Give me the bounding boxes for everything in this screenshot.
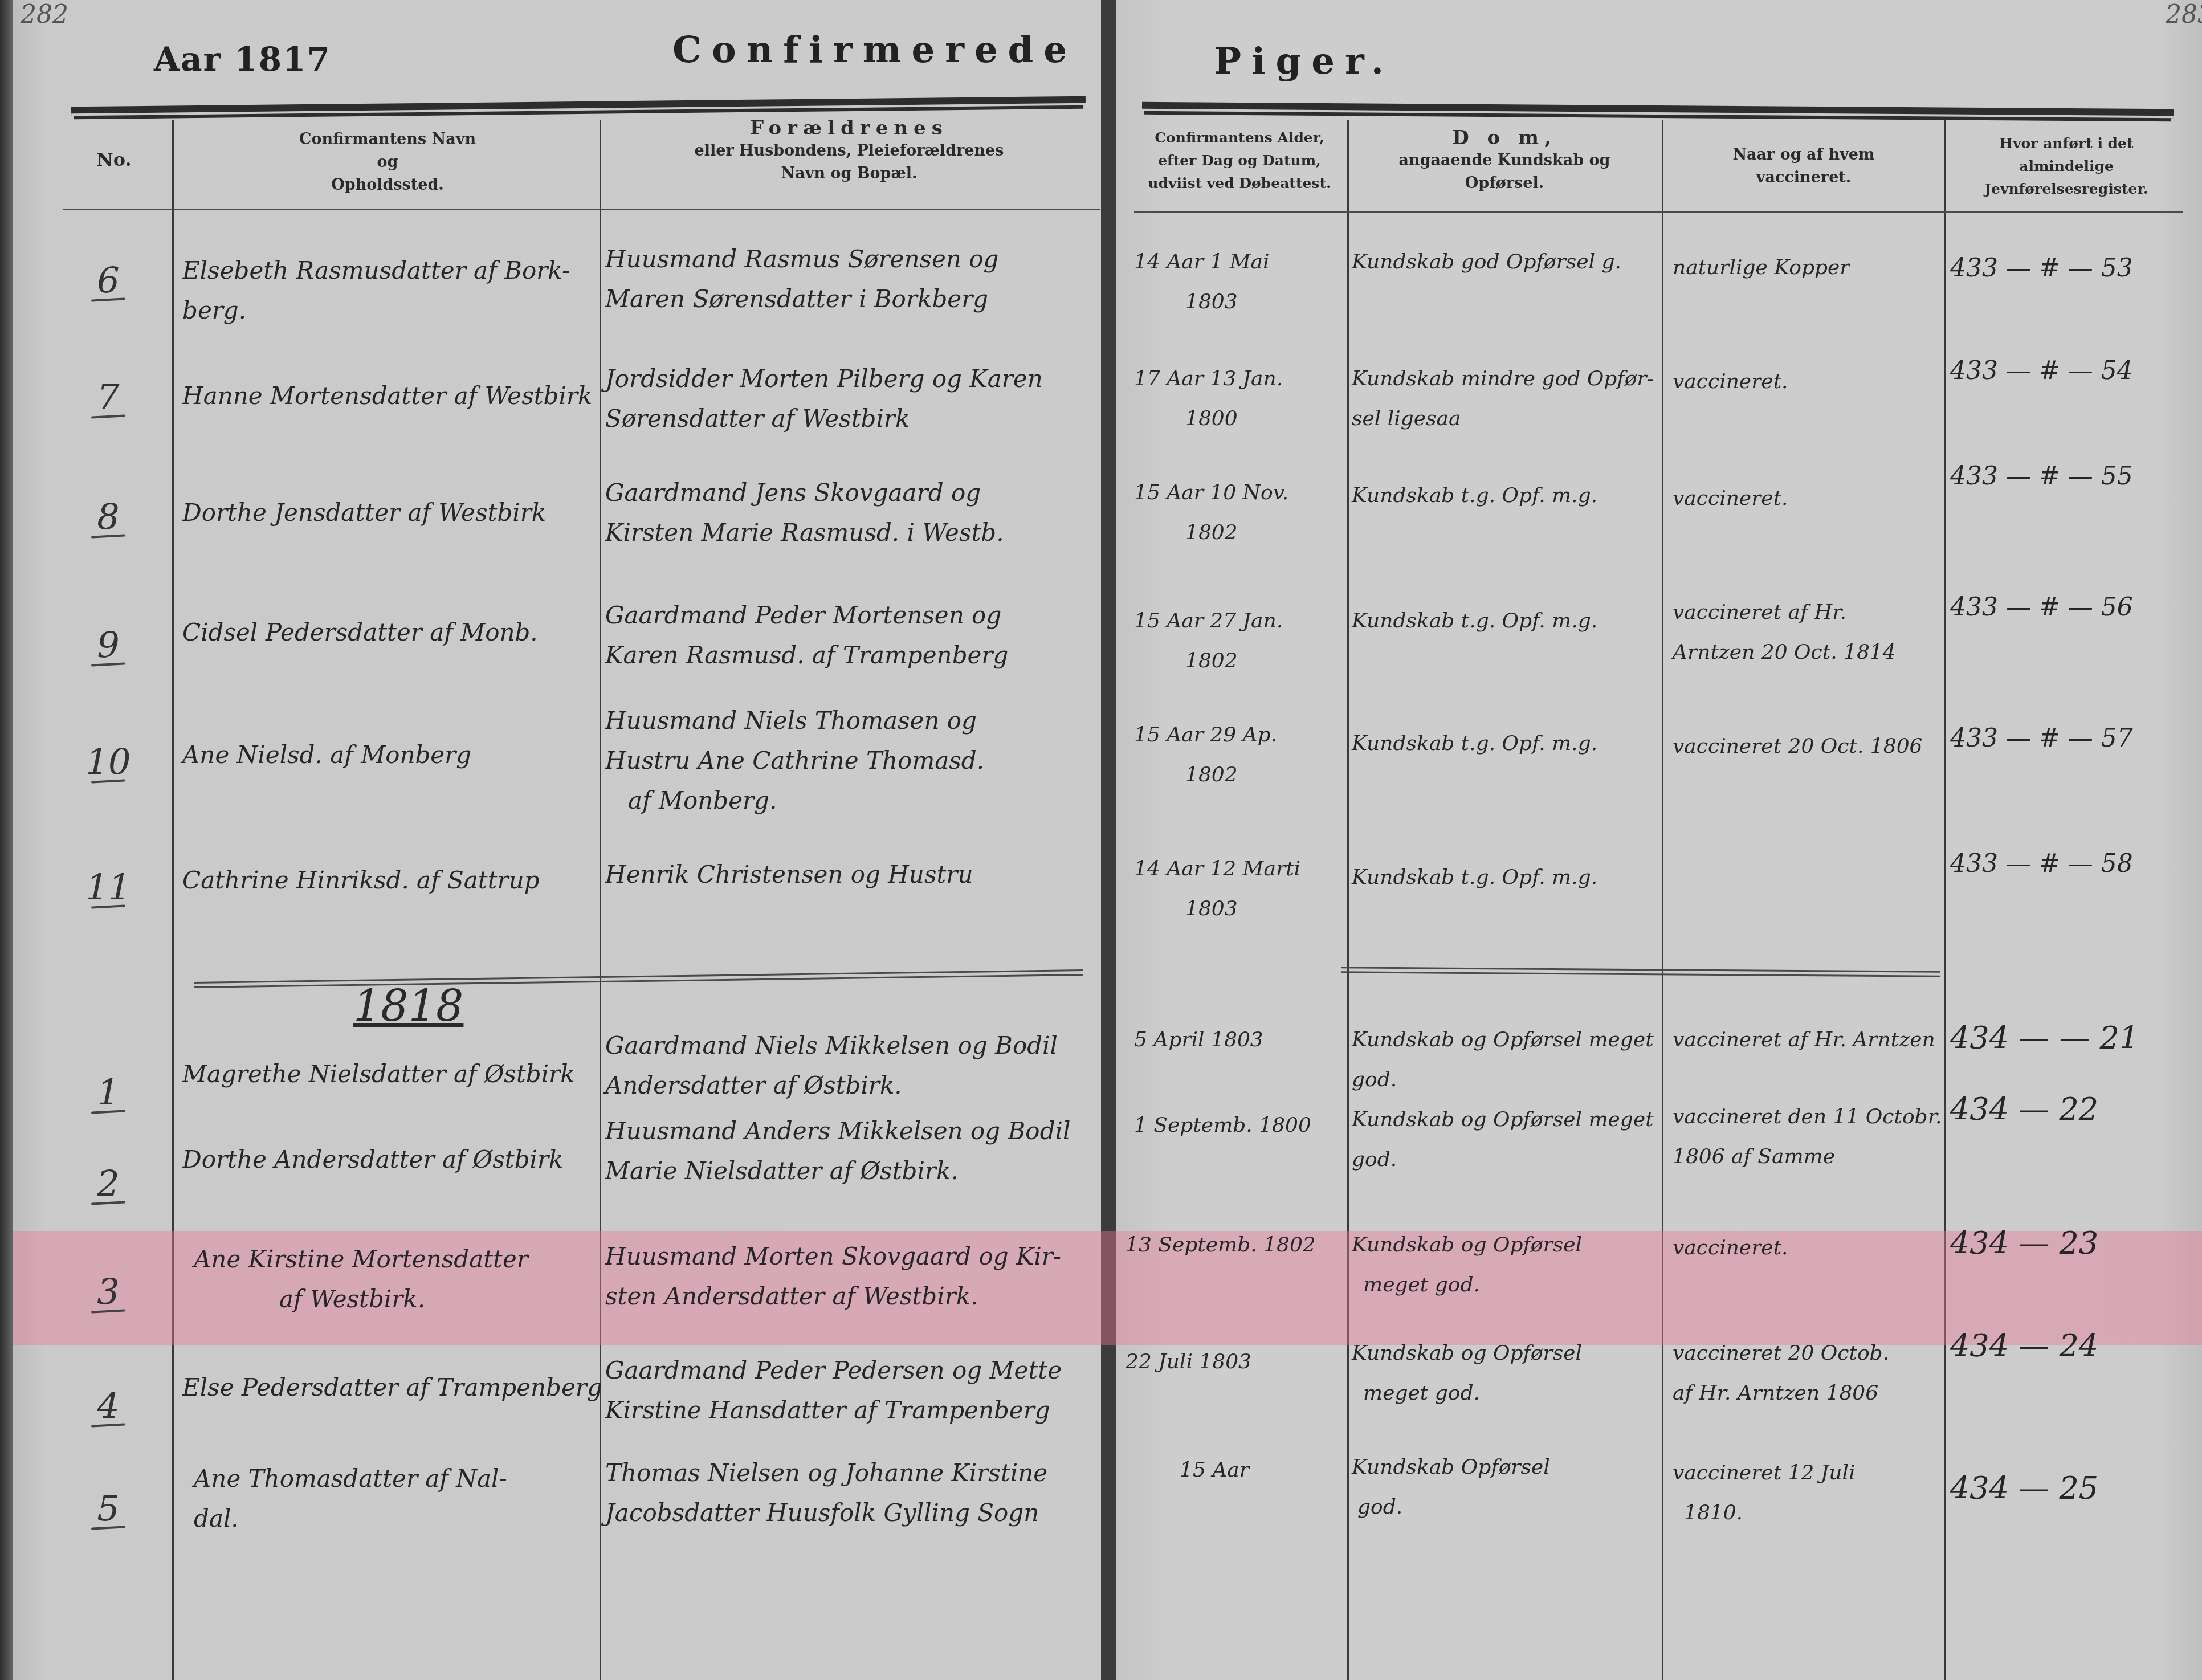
confirmand-name: Ane Thomasdatter af Nal- dal. xyxy=(194,1459,507,1539)
verdict: Kundskab t.g. Opf. m.g. xyxy=(1352,476,1597,516)
verdict: Kundskab t.g. Opf. m.g. xyxy=(1352,601,1597,641)
text-line: naturlige Kopper xyxy=(1673,248,1850,288)
text-line: 22 Juli 1803 xyxy=(1126,1342,1251,1382)
text-line: vaccineret af Hr. Arntzen xyxy=(1673,1020,1935,1060)
verdict: Kundskab t.g. Opf. m.g. xyxy=(1352,858,1597,898)
column-header-verdict: D o m, angaaende Kundskab og Opførsel. xyxy=(1351,127,1658,195)
confirmand-age: 13 Septemb. 1802 xyxy=(1126,1225,1316,1265)
text-line: Ane Thomasdatter af Nal- xyxy=(194,1459,507,1499)
text-line: 1803 xyxy=(1134,889,1300,929)
text-line: Kundskab Opførsel xyxy=(1352,1447,1550,1487)
text-line: Elsebeth Rasmusdatter af Bork- xyxy=(182,251,570,291)
text-line: Karen Rasmusd. af Trampenberg xyxy=(605,635,1008,675)
vaccination: vaccineret den 11 Octobr. 1806 af Samme xyxy=(1673,1097,1942,1177)
register-reference: 433 — # — 55 xyxy=(1950,462,2133,491)
header-line: eller Husbondens, Pleieforældrenes xyxy=(610,140,1088,162)
text-line: Ane Kirstine Mortensdatter xyxy=(194,1239,528,1279)
vaccination: vaccineret. xyxy=(1673,479,1788,519)
text-line: vaccineret. xyxy=(1673,1228,1788,1268)
column-header-no: No. xyxy=(68,148,160,171)
text-line: af Monberg. xyxy=(605,781,984,821)
confirmand-name: Dorthe Jensdatter af Westbirk xyxy=(182,493,546,533)
column-header-age: Confirmantens Alder, efter Dag og Datum,… xyxy=(1134,127,1345,195)
vaccination: vaccineret 20 Octob. af Hr. Arntzen 1806 xyxy=(1673,1334,1889,1413)
text-line: 1 Septemb. 1800 xyxy=(1134,1106,1311,1145)
entry-number: 6 xyxy=(74,259,142,301)
header-line: efter Dag og Datum, xyxy=(1134,149,1345,172)
vaccination: vaccineret af Hr. Arntzen xyxy=(1673,1020,1935,1060)
text-line: god. xyxy=(1352,1487,1550,1527)
text-line: Kundskab god Opførsel g. xyxy=(1352,242,1621,282)
year-heading: Aar 1817 xyxy=(154,40,331,79)
text-line: Andersdatter af Østbirk. xyxy=(605,1066,1058,1106)
text-line: af Hr. Arntzen 1806 xyxy=(1673,1373,1889,1413)
vaccination: vaccineret 12 Juli 1810. xyxy=(1673,1453,1855,1533)
parents-names: Gaardmand Peder Pedersen og Mette Kirsti… xyxy=(605,1351,1062,1430)
parents-names: Gaardmand Jens Skovgaard og Kirsten Mari… xyxy=(605,473,1004,553)
vaccination: naturlige Kopper xyxy=(1673,248,1850,288)
vaccination: vaccineret. xyxy=(1673,362,1788,402)
register-reference: 434 — 22 xyxy=(1950,1091,2098,1127)
text-line: vaccineret den 11 Octobr. xyxy=(1673,1097,1942,1137)
register-spread: 282 283 Aar 1817 Confirmerede Piger. No.… xyxy=(0,0,2202,1680)
register-reference: 434 — 25 xyxy=(1950,1470,2098,1506)
text-line: Kundskab mindre god Opfør- xyxy=(1352,359,1654,399)
text-line: Jordsidder Morten Pilberg og Karen xyxy=(605,359,1043,399)
header-line: Confirmantens Navn xyxy=(188,128,587,151)
text-line: Arntzen 20 Oct. 1814 xyxy=(1673,633,1896,672)
column-header-name: Confirmantens Navn og Opholdssted. xyxy=(188,128,587,197)
text-line: berg. xyxy=(182,291,570,331)
text-line: Kundskab t.g. Opf. m.g. xyxy=(1352,601,1597,641)
header-line: udviist ved Døbeattest. xyxy=(1134,172,1345,195)
verdict: Kundskab t.g. Opf. m.g. xyxy=(1352,724,1597,764)
entry-number: 7 xyxy=(74,376,142,418)
parents-names: Thomas Nielsen og Johanne Kirstine Jacob… xyxy=(605,1453,1047,1533)
header-bottom-rule-right xyxy=(1134,211,2183,213)
verdict: Kundskab Opførsel god. xyxy=(1352,1447,1550,1527)
verdict: Kundskab og Opførsel meget god. xyxy=(1352,1334,1582,1413)
text-line: meget god. xyxy=(1352,1373,1582,1413)
text-line: 15 Aar xyxy=(1180,1450,1249,1490)
register-reference: 434 — 23 xyxy=(1950,1225,2098,1261)
page-title-left: Confirmerede xyxy=(672,28,1077,71)
confirmand-age: 15 Aar 29 Ap. 1802 xyxy=(1134,715,1277,795)
confirmand-name: Dorthe Andersdatter af Østbirk xyxy=(182,1140,564,1180)
text-line: Henrik Christensen og Hustru xyxy=(605,855,973,895)
confirmand-name: Hanne Mortensdatter af Westbirk xyxy=(182,376,592,416)
text-line: Huusmand Niels Thomasen og xyxy=(605,701,984,741)
text-line: Kundskab t.g. Opf. m.g. xyxy=(1352,858,1597,898)
text-line: Hustru Ane Cathrine Thomasd. xyxy=(605,741,984,781)
text-line: vaccineret af Hr. xyxy=(1673,593,1896,633)
column-divider xyxy=(172,120,174,1680)
column-divider xyxy=(1662,120,1663,1680)
column-header-vaccination: Naar og af hvem vaccineret. xyxy=(1664,144,1943,189)
confirmand-name: Ane Kirstine Mortensdatter af Westbirk. xyxy=(194,1239,528,1319)
text-line: 15 Aar 10 Nov. xyxy=(1134,473,1288,513)
entry-number: 9 xyxy=(74,624,142,666)
column-divider xyxy=(600,120,601,1680)
text-line: Thomas Nielsen og Johanne Kirstine xyxy=(605,1453,1047,1493)
parents-names: Huusmand Morten Skovgaard og Kir- sten A… xyxy=(605,1237,1061,1316)
text-line: vaccineret 12 Juli xyxy=(1673,1453,1855,1493)
verdict: Kundskab mindre god Opfør- sel ligesaa xyxy=(1352,359,1654,439)
confirmand-age: 22 Juli 1803 xyxy=(1126,1342,1251,1382)
text-line: Hanne Mortensdatter af Westbirk xyxy=(182,376,592,416)
register-reference: 434 — — 21 xyxy=(1950,1020,2139,1056)
text-line: Sørensdatter af Westbirk xyxy=(605,399,1043,439)
parents-names: Gaardmand Niels Mikkelsen og Bodil Ander… xyxy=(605,1026,1058,1106)
header-line: Naar og af hvem xyxy=(1664,144,1943,166)
section-year-1818: 1818 xyxy=(353,980,463,1031)
confirmand-name: Cidsel Pedersdatter af Monb. xyxy=(182,613,538,653)
text-line: Ane Nielsd. af Monberg xyxy=(182,735,471,775)
entry-number: 5 xyxy=(74,1487,142,1529)
text-line: 13 Septemb. 1802 xyxy=(1126,1225,1316,1265)
confirmand-age: 14 Aar 1 Mai 1803 xyxy=(1134,242,1270,322)
text-line: 1806 af Samme xyxy=(1673,1137,1942,1177)
confirmand-age: 5 April 1803 xyxy=(1134,1020,1263,1060)
parents-names: Huusmand Rasmus Sørensen og Maren Sørens… xyxy=(605,239,998,319)
text-line: vaccineret. xyxy=(1673,479,1788,519)
parents-names: Jordsidder Morten Pilberg og Karen Søren… xyxy=(605,359,1043,439)
verdict: Kundskab og Opførsel meget god. xyxy=(1352,1020,1654,1100)
header-line: Jevnførelsesregister. xyxy=(1947,178,2186,201)
header-line: vaccineret. xyxy=(1664,166,1943,189)
column-divider xyxy=(1347,120,1349,1680)
text-line: vaccineret. xyxy=(1673,362,1788,402)
confirmand-name: Else Pedersdatter af Trampenberg xyxy=(182,1368,602,1408)
book-binding-edge xyxy=(0,0,14,1680)
page-gutter xyxy=(1101,0,1116,1680)
header-line: angaaende Kundskab og xyxy=(1351,149,1658,172)
text-line: Dorthe Jensdatter af Westbirk xyxy=(182,493,546,533)
verdict: Kundskab og Opførsel meget god. xyxy=(1352,1100,1654,1180)
text-line: Kirsten Marie Rasmusd. i Westb. xyxy=(605,513,1004,553)
vaccination: vaccineret af Hr. Arntzen 20 Oct. 1814 xyxy=(1673,593,1896,672)
text-line: sten Andersdatter af Westbirk. xyxy=(605,1277,1061,1316)
text-line: Maren Sørensdatter i Borkberg xyxy=(605,279,998,319)
text-line: Kundskab og Opførsel meget xyxy=(1352,1100,1654,1140)
text-line: Kundskab og Opførsel xyxy=(1352,1334,1582,1373)
text-line: Kundskab og Opførsel meget xyxy=(1352,1020,1654,1060)
entry-number: 11 xyxy=(74,866,142,908)
text-line: 5 April 1803 xyxy=(1134,1020,1263,1060)
entry-number: 8 xyxy=(74,496,142,537)
register-reference: 433 — # — 57 xyxy=(1950,724,2133,753)
confirmand-name: Magrethe Nielsdatter af Østbirk xyxy=(182,1054,575,1094)
text-line: Marie Nielsdatter af Østbirk. xyxy=(605,1151,1070,1191)
confirmand-name: Ane Nielsd. af Monberg xyxy=(182,735,471,775)
register-reference: 433 — # — 56 xyxy=(1950,593,2133,622)
text-line: Magrethe Nielsdatter af Østbirk xyxy=(182,1054,575,1094)
header-line: Opholdssted. xyxy=(188,174,587,197)
text-line: 17 Aar 13 Jan. xyxy=(1134,359,1283,399)
entry-number: 4 xyxy=(74,1385,142,1426)
header-line: Navn og Bopæl. xyxy=(610,162,1088,185)
text-line: Cathrine Hinriksd. af Sattrup xyxy=(182,861,540,900)
text-line: Else Pedersdatter af Trampenberg xyxy=(182,1368,602,1408)
confirmand-age: 14 Aar 12 Marti 1803 xyxy=(1134,849,1300,929)
vaccination: vaccineret. xyxy=(1673,1228,1788,1268)
confirmand-age: 15 Aar 27 Jan. 1802 xyxy=(1134,601,1283,681)
header-line: Confirmantens Alder, xyxy=(1134,127,1345,149)
text-line: 1802 xyxy=(1134,641,1283,681)
text-line: vaccineret 20 Oct. 1806 xyxy=(1673,727,1922,766)
text-line: 15 Aar 29 Ap. xyxy=(1134,715,1277,755)
header-line: Hvor anført i det xyxy=(1947,132,2186,155)
header-line: D o m, xyxy=(1351,127,1658,149)
folio-left: 282 xyxy=(21,0,68,29)
entry-number: 3 xyxy=(74,1271,142,1312)
header-line: Forældrenes xyxy=(610,117,1088,140)
header-line: Opførsel. xyxy=(1351,172,1658,195)
confirmand-age: 1 Septemb. 1800 xyxy=(1134,1106,1311,1145)
column-header-register: Hvor anført i det almindelige Jevnførels… xyxy=(1947,132,2186,201)
vaccination: vaccineret 20 Oct. 1806 xyxy=(1673,727,1922,766)
text-line: 1802 xyxy=(1134,513,1288,553)
text-line: Huusmand Rasmus Sørensen og xyxy=(605,239,998,279)
text-line: af Westbirk. xyxy=(194,1279,528,1319)
text-line: Cidsel Pedersdatter af Monb. xyxy=(182,613,538,653)
text-line: dal. xyxy=(194,1499,507,1539)
entry-number: 2 xyxy=(74,1163,142,1204)
column-divider xyxy=(1944,120,1946,1680)
header-bottom-rule-left xyxy=(63,209,1100,210)
text-line: 1810. xyxy=(1673,1493,1855,1533)
text-line: 14 Aar 1 Mai xyxy=(1134,242,1270,282)
text-line: vaccineret 20 Octob. xyxy=(1673,1334,1889,1373)
parents-names: Henrik Christensen og Hustru xyxy=(605,855,973,895)
text-line: 1800 xyxy=(1134,399,1283,439)
register-reference: 433 — # — 53 xyxy=(1950,254,2133,283)
header-line: almindelige xyxy=(1947,155,2186,178)
text-line: Gaardmand Peder Mortensen og xyxy=(605,596,1008,635)
text-line: Gaardmand Jens Skovgaard og xyxy=(605,473,1004,513)
parents-names: Gaardmand Peder Mortensen og Karen Rasmu… xyxy=(605,596,1008,675)
text-line: god. xyxy=(1352,1140,1654,1180)
register-reference: 434 — 24 xyxy=(1950,1328,2098,1364)
confirmand-age: 17 Aar 13 Jan. 1800 xyxy=(1134,359,1283,439)
confirmand-name: Cathrine Hinriksd. af Sattrup xyxy=(182,861,540,900)
text-line: Kundskab og Opførsel xyxy=(1352,1225,1582,1265)
register-reference: 433 — # — 58 xyxy=(1950,849,2133,878)
parents-names: Huusmand Anders Mikkelsen og Bodil Marie… xyxy=(605,1111,1070,1191)
text-line: god. xyxy=(1352,1060,1654,1100)
right-page xyxy=(1115,0,2202,1680)
text-line: Huusmand Anders Mikkelsen og Bodil xyxy=(605,1111,1070,1151)
page-title-right: Piger. xyxy=(1214,40,1394,83)
verdict: Kundskab god Opførsel g. xyxy=(1352,242,1621,282)
verdict: Kundskab og Opførsel meget god. xyxy=(1352,1225,1582,1305)
text-line: Kundskab t.g. Opf. m.g. xyxy=(1352,724,1597,764)
folio-right: 283 xyxy=(2166,0,2202,29)
text-line: Jacobsdatter Huusfolk Gylling Sogn xyxy=(605,1493,1047,1533)
text-line: Kundskab t.g. Opf. m.g. xyxy=(1352,476,1597,516)
text-line: 1803 xyxy=(1134,282,1270,322)
text-line: 14 Aar 12 Marti xyxy=(1134,849,1300,889)
parents-names: Huusmand Niels Thomasen og Hustru Ane Ca… xyxy=(605,701,984,821)
text-line: Huusmand Morten Skovgaard og Kir- xyxy=(605,1237,1061,1277)
register-reference: 433 — # — 54 xyxy=(1950,356,2133,385)
entry-number: 1 xyxy=(74,1071,142,1113)
text-line: 15 Aar 27 Jan. xyxy=(1134,601,1283,641)
confirmand-name: Elsebeth Rasmusdatter af Bork- berg. xyxy=(182,251,570,331)
text-line: Gaardmand Peder Pedersen og Mette xyxy=(605,1351,1062,1391)
text-line: meget god. xyxy=(1352,1265,1582,1305)
text-line: sel ligesaa xyxy=(1352,399,1654,439)
header-line: og xyxy=(188,151,587,174)
confirmand-age: 15 Aar 10 Nov. 1802 xyxy=(1134,473,1288,553)
entry-number: 10 xyxy=(74,741,142,782)
column-header-parents: Forældrenes eller Husbondens, Pleieforæl… xyxy=(610,117,1088,185)
text-line: Dorthe Andersdatter af Østbirk xyxy=(182,1140,564,1180)
text-line: 1802 xyxy=(1134,755,1277,795)
text-line: Gaardmand Niels Mikkelsen og Bodil xyxy=(605,1026,1058,1066)
text-line: Kirstine Hansdatter af Trampenberg xyxy=(605,1391,1062,1430)
confirmand-age: 15 Aar xyxy=(1180,1450,1249,1490)
